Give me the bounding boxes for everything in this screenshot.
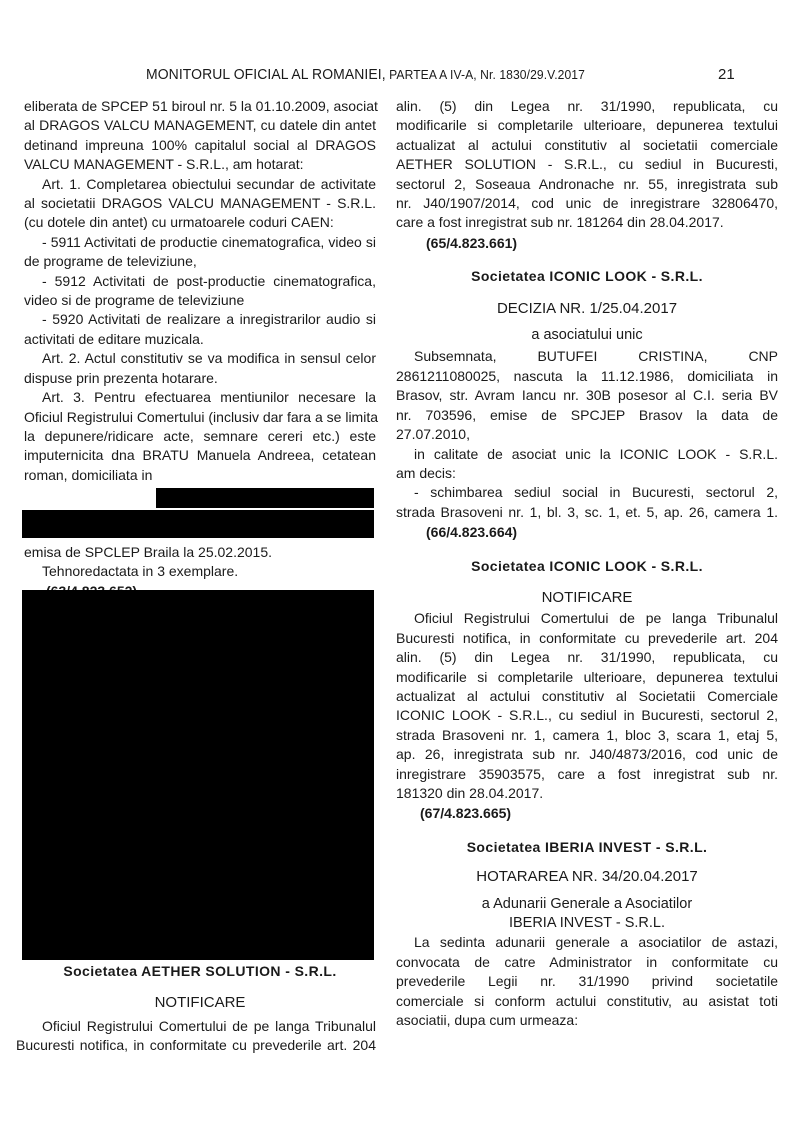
reference-number: (65/4.823.661) — [396, 234, 778, 253]
iconic-decision-section: Societatea ICONIC LOOK - S.R.L. DECIZIA … — [396, 267, 778, 542]
article-3: Art. 3. Pentru efectuarea mentiunilor ne… — [24, 388, 376, 485]
aether-notification-continued: alin. (5) din Legea nr. 31/1990, republi… — [396, 97, 778, 253]
company-heading: Societatea ICONIC LOOK - S.R.L. — [396, 557, 778, 576]
article-1: Art. 1. Completarea obiectului secundar … — [24, 175, 376, 233]
document-type: NOTIFICARE — [24, 993, 376, 1012]
caen-code-item: - 5920 Activitati de realizare a inregis… — [24, 310, 376, 349]
redacted-address-inline — [156, 488, 374, 508]
document-subtitle: IBERIA INVEST - S.R.L. — [396, 914, 778, 933]
publication-title: MONITORUL OFICIAL AL ROMANIEI, PARTEA A … — [146, 66, 585, 83]
document-type: NOTIFICARE — [396, 588, 778, 607]
caen-code-list: - 5911 Activitati de productie cinematog… — [24, 233, 376, 349]
document-type: HOTARAREA NR. 34/20.04.2017 — [396, 867, 778, 886]
document-type: DECIZIA NR. 1/25.04.2017 — [396, 299, 778, 318]
document-subtitle: a asociatului unic — [396, 326, 778, 345]
company-heading: Societatea AETHER SOLUTION - S.R.L. — [24, 962, 376, 981]
iconic-notification-section: Societatea ICONIC LOOK - S.R.L. NOTIFICA… — [396, 557, 778, 824]
aether-notification-section: Societatea AETHER SOLUTION - S.R.L. NOTI… — [24, 962, 376, 1056]
page-number: 21 — [718, 66, 735, 83]
document-subtitle: a Adunarii Generale a Asociatilor — [396, 895, 778, 914]
caen-code-item: - 5912 Activitati de post-productie cine… — [24, 272, 376, 311]
company-heading: Societatea IBERIA INVEST - S.R.L. — [396, 838, 778, 857]
right-column: alin. (5) din Legea nr. 31/1990, republi… — [396, 97, 778, 1030]
article-2: Art. 2. Actul constitutiv se va modifica… — [24, 349, 376, 388]
page-header: MONITORUL OFICIAL AL ROMANIEI, PARTEA A … — [0, 66, 800, 88]
redacted-address-block — [22, 510, 374, 538]
redacted-image-block — [22, 590, 374, 960]
reference-number: (67/4.823.665) — [396, 804, 778, 823]
reference-number: (66/4.823.664) — [396, 523, 778, 542]
intro-paragraph: eliberata de SPCEP 51 biroul nr. 5 la 01… — [24, 97, 376, 175]
caen-code-item: - 5911 Activitati de productie cinematog… — [24, 233, 376, 272]
left-column: eliberata de SPCEP 51 biroul nr. 5 la 01… — [24, 97, 376, 485]
company-heading: Societatea ICONIC LOOK - S.R.L. — [396, 267, 778, 286]
iberia-decision-section: Societatea IBERIA INVEST - S.R.L. HOTARA… — [396, 838, 778, 1031]
